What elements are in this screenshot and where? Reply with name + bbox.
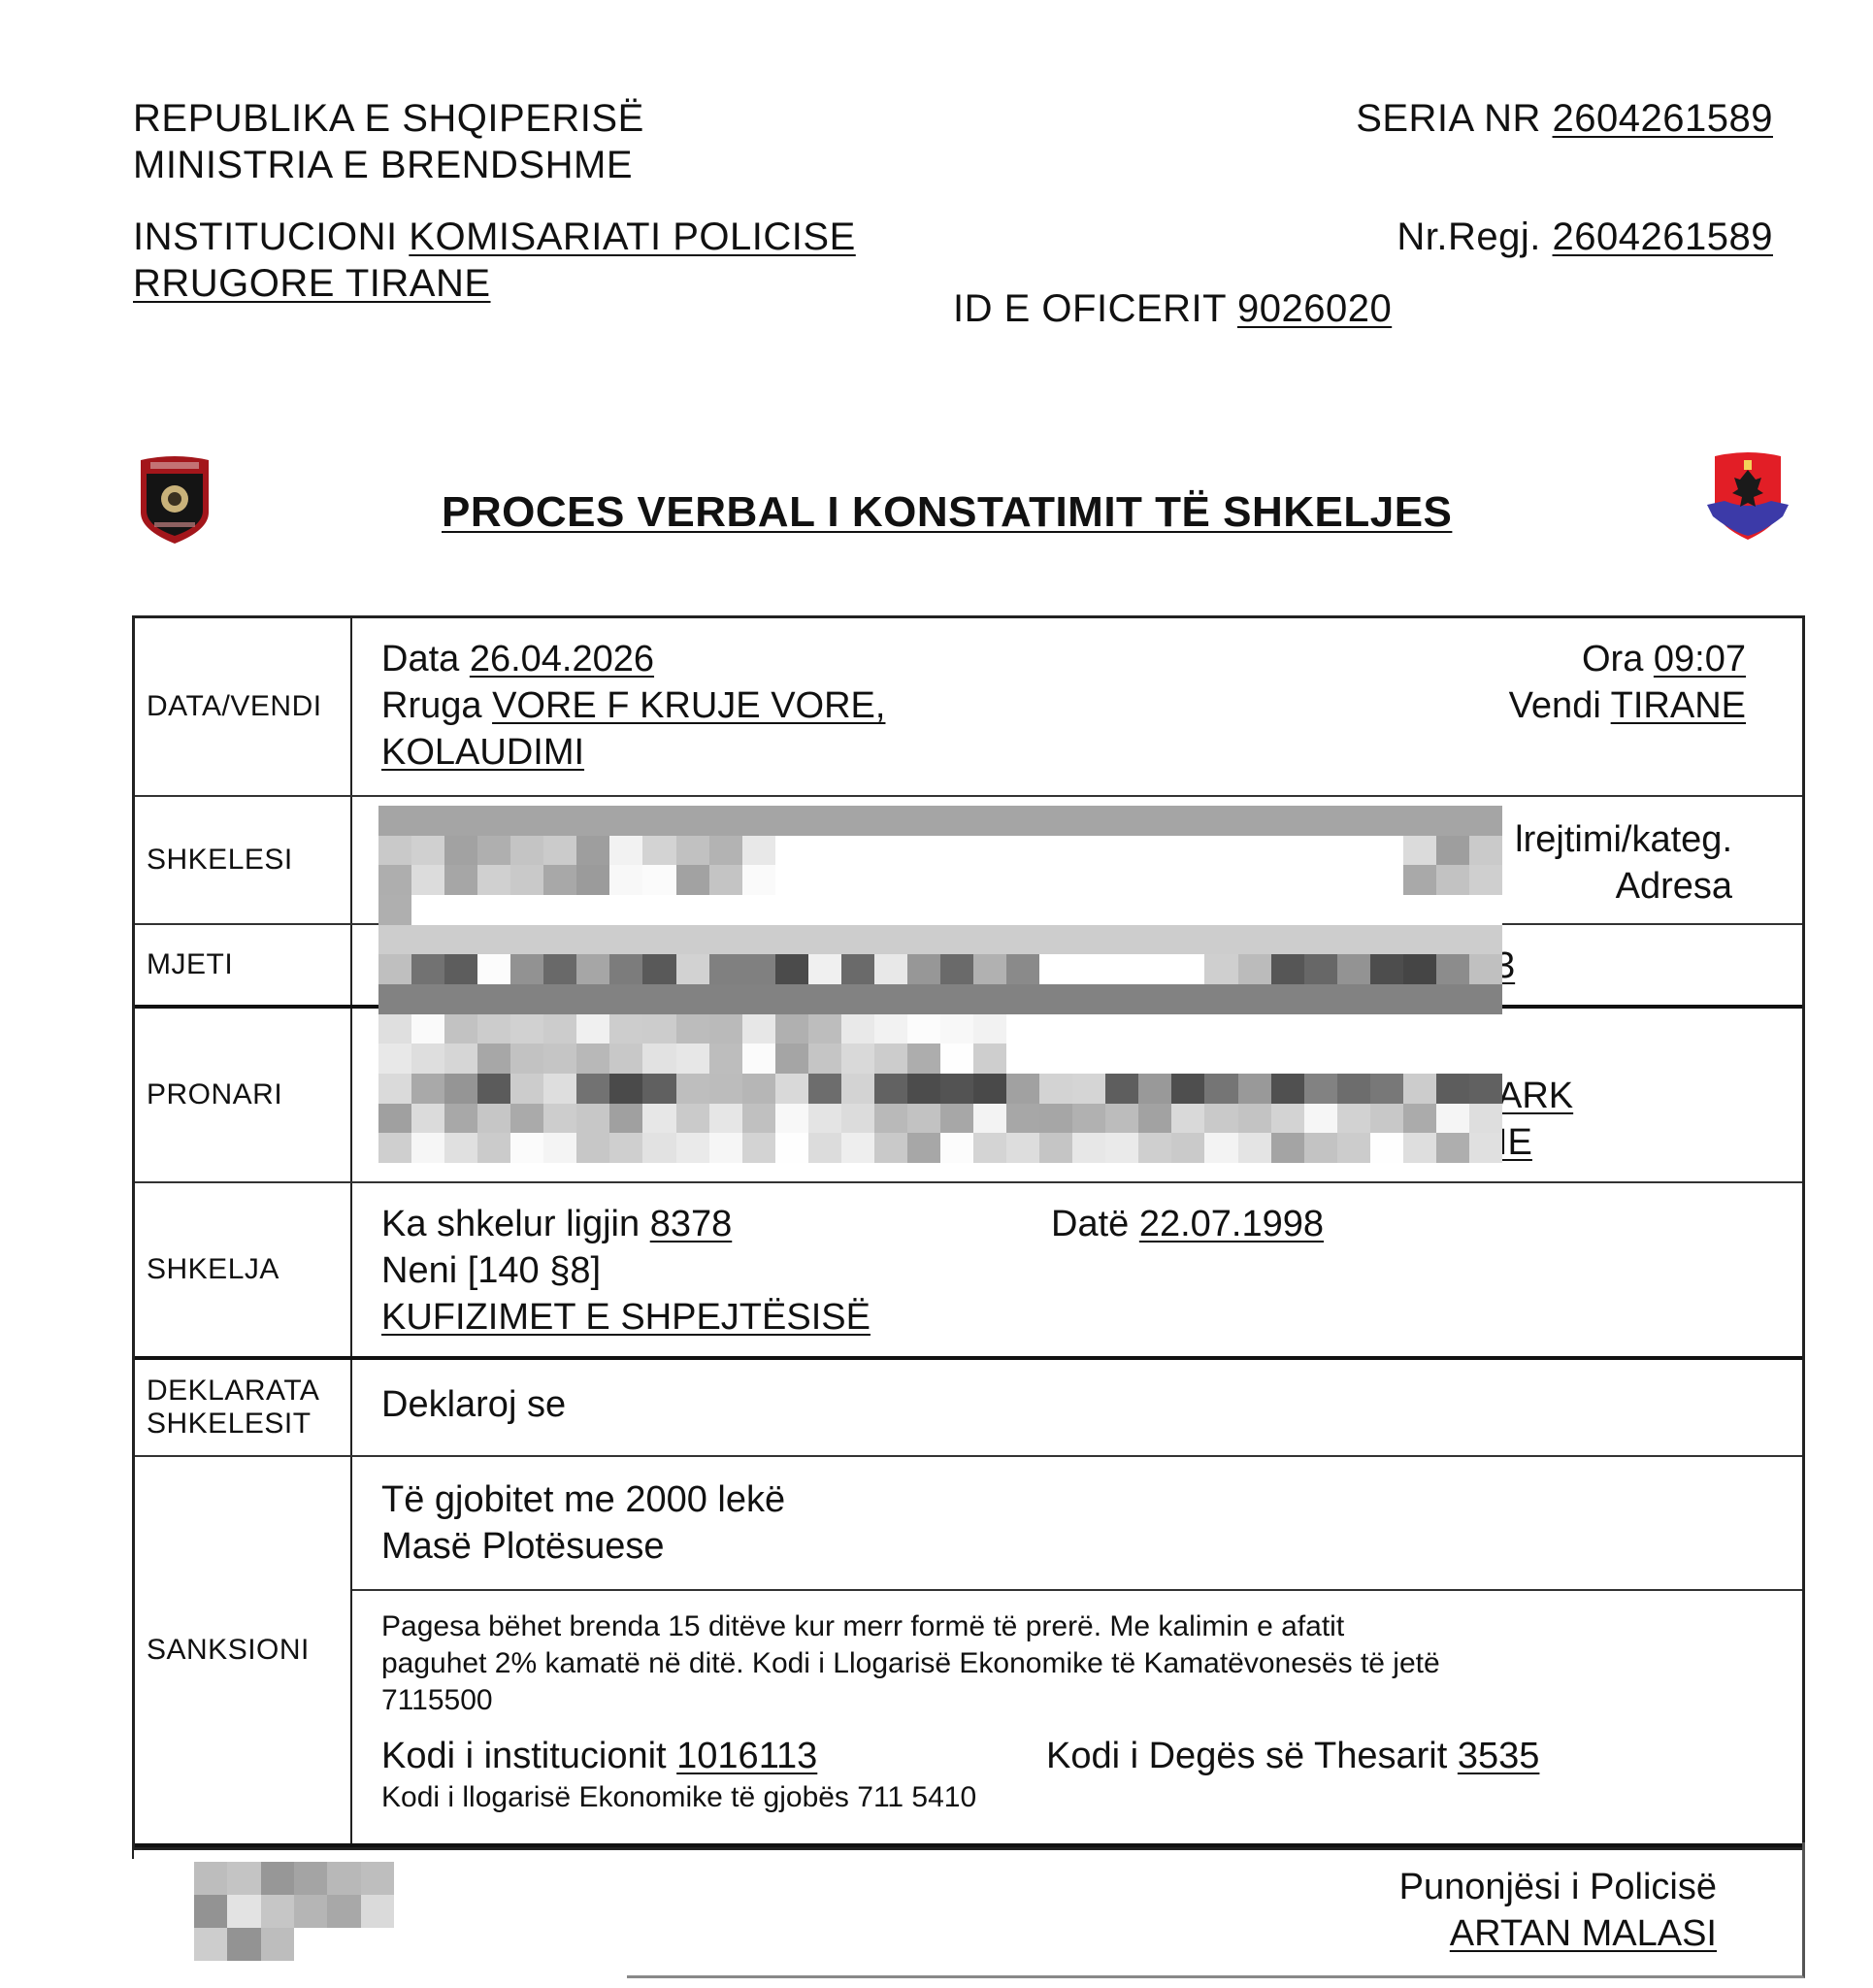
codes-line: Kodi i institucionit 1016113 Kodi i Degë…: [381, 1733, 1773, 1779]
law-date-label: Datë: [1051, 1204, 1129, 1244]
time-place: Ora 09:07 Vendi TIRANE: [1509, 636, 1746, 729]
law-date-value: 22.07.1998: [1139, 1204, 1324, 1244]
institution-value-line2: RRUGORE TIRANE: [133, 260, 491, 307]
label-shkelja: SHKELJA: [135, 1183, 352, 1356]
institution-value-line1: KOMISARIATI POLICISE: [409, 215, 855, 258]
row-sanksioni: SANKSIONI Të gjobitet me 2000 lekë Masë …: [135, 1457, 1802, 1847]
time-label: Ora: [1582, 639, 1643, 679]
time-line: Ora 09:07: [1509, 636, 1746, 682]
personal-data-redaction: [378, 806, 1502, 1163]
street-value-line2: KOLAUDIMI: [381, 729, 584, 776]
label-sanksioni: SANKSIONI: [135, 1457, 352, 1843]
law-label: Ka shkelur ligjin: [381, 1204, 640, 1244]
owner-partial-line1: ARK: [1497, 1073, 1573, 1119]
payment-block: Pagesa bëhet brenda 15 ditëve kur merr f…: [352, 1591, 1802, 1843]
cell-deklarata: Deklaroj se: [352, 1360, 1802, 1455]
seria-value: 2604261589: [1553, 97, 1773, 140]
violation-description: KUFIZIMET E SHPEJTËSISË: [381, 1294, 871, 1341]
label-mjeti: MJETI: [135, 925, 352, 1005]
label-deklarata: DEKLARATA SHKELESIT: [135, 1360, 352, 1455]
owner-partial-values: ARK IE: [1497, 1073, 1573, 1166]
extra-measure: Masë Plotësuese: [381, 1523, 1773, 1570]
institution-code: Kodi i institucionit 1016113: [381, 1736, 817, 1776]
date-label: Data: [381, 639, 459, 679]
officer-name: ARTAN MALASI: [1450, 1910, 1717, 1957]
street-value: VORE F KRUJE VORE,: [492, 685, 885, 726]
row-data-vendi: DATA/VENDI Data 26.04.2026 Rruga VORE F …: [135, 618, 1802, 797]
label-shkelesi: SHKELESI: [135, 797, 352, 923]
header-republic: REPUBLIKA E SHQIPERISË: [133, 95, 644, 142]
place-label: Vendi: [1509, 685, 1601, 726]
offender-partial-fields: lrejtimi/kateg. Adresa: [1515, 816, 1732, 910]
payment-terms-line1: Pagesa bëhet brenda 15 ditëve kur merr f…: [381, 1608, 1773, 1645]
place-value: TIRANE: [1611, 685, 1746, 726]
label-pronari: PRONARI: [135, 1009, 352, 1181]
time-value: 09:07: [1654, 639, 1746, 679]
violation-record-table: DATA/VENDI Data 26.04.2026 Rruga VORE F …: [132, 615, 1805, 1850]
row-shkelja: SHKELJA Ka shkelur ligjin 8378 Neni [140…: [135, 1183, 1802, 1360]
officer-id-value: 9026020: [1237, 287, 1392, 330]
regj-value: 2604261589: [1553, 215, 1773, 258]
institution-code-value: 1016113: [676, 1736, 817, 1776]
law-date-line: Datë 22.07.1998: [1051, 1201, 1324, 1247]
institution-code-label: Kodi i institucionit: [381, 1736, 667, 1776]
registration-number: Nr.Regj. 2604261589: [1397, 214, 1773, 260]
payment-terms-line3: 7115500: [381, 1682, 1773, 1719]
institution-label: INSTITUCIONI: [133, 215, 398, 258]
label-data-vendi: DATA/VENDI: [135, 618, 352, 795]
fine-block: Të gjobitet me 2000 lekë Masë Plotësuese: [352, 1457, 1802, 1591]
row-deklarata: DEKLARATA SHKELESIT Deklaroj se: [135, 1360, 1802, 1457]
header-institution: INSTITUCIONI KOMISARIATI POLICISE: [133, 214, 856, 260]
cell-shkelja: Ka shkelur ligjin 8378 Neni [140 §8] KUF…: [352, 1183, 1802, 1356]
label-deklarata-line2: SHKELESIT: [147, 1408, 312, 1441]
law-value: 8378: [650, 1204, 733, 1244]
owner-partial-line2: IE: [1497, 1119, 1532, 1166]
signature-redaction: [194, 1862, 394, 1961]
treasury-code: Kodi i Degës së Thesarit 3535: [1046, 1733, 1539, 1779]
law-article: Neni [140 §8]: [381, 1247, 1773, 1294]
fine-amount: Të gjobitet me 2000 lekë: [381, 1476, 1773, 1523]
treasury-code-value: 3535: [1458, 1736, 1540, 1776]
payment-terms-line2: paguhet 2% kamatë në ditë. Kodi i Llogar…: [381, 1645, 1773, 1682]
treasury-code-label: Kodi i Degës së Thesarit: [1046, 1736, 1447, 1776]
road-police-badge-icon: [135, 452, 214, 546]
address-label: Adresa: [1515, 863, 1732, 910]
cell-sanksioni: Të gjobitet me 2000 lekë Masë Plotësuese…: [352, 1457, 1802, 1843]
place-line: Vendi TIRANE: [1509, 682, 1746, 729]
fine-account-code: Kodi i llogarisë Ekonomike të gjobës 711…: [381, 1779, 1773, 1816]
date-value: 26.04.2026: [470, 639, 654, 679]
officer-title: Punonjësi i Policisë: [1399, 1864, 1717, 1910]
officer-id-label: ID E OFICERIT: [953, 287, 1226, 330]
regj-label: Nr.Regj.: [1397, 215, 1541, 258]
label-deklarata-line1: DEKLARATA: [147, 1375, 319, 1408]
officer-signature-block: Punonjësi i Policisë ARTAN MALASI: [1399, 1864, 1717, 1957]
officer-id: ID E OFICERIT 9026020: [953, 285, 1392, 332]
document-title: PROCES VERBAL I KONSTATIMIT TË SHKELJES: [442, 488, 1452, 537]
license-category-label: lrejtimi/kateg.: [1515, 816, 1732, 863]
seria-label: SERIA NR: [1356, 97, 1541, 140]
seria-number: SERIA NR 2604261589: [1356, 95, 1773, 142]
cell-data-vendi: Data 26.04.2026 Rruga VORE F KRUJE VORE,…: [352, 618, 1802, 795]
state-police-badge-icon: [1705, 448, 1791, 542]
header-ministry: MINISTRIA E BRENDSHME: [133, 142, 633, 188]
street-label: Rruga: [381, 685, 482, 726]
